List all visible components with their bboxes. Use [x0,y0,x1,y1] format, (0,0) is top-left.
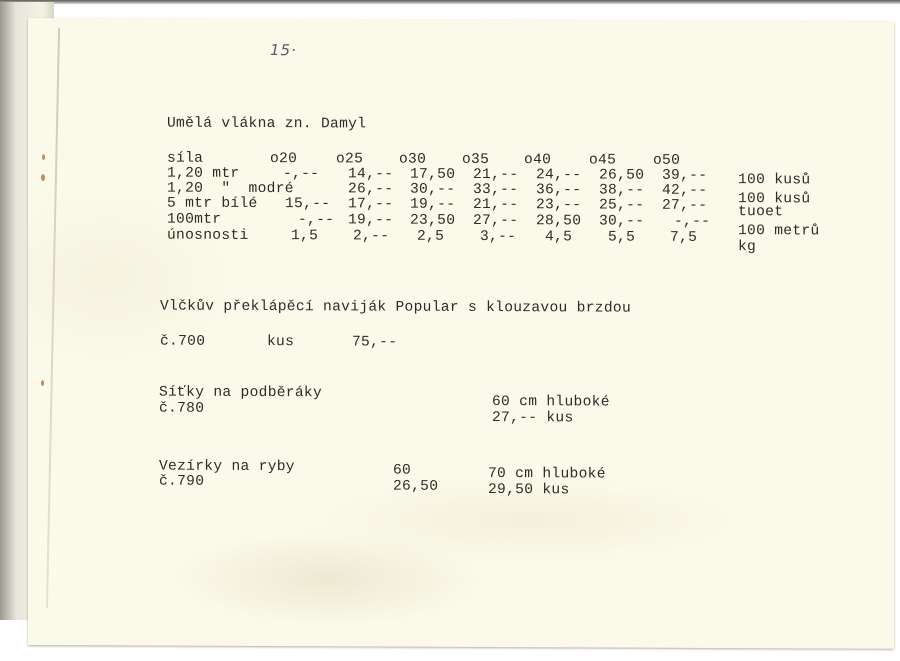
price-cell: 15,-- [285,196,330,213]
unit-cell: 100 kusů [738,172,810,189]
strength-cell: 4,5 [545,229,572,246]
price-cell: 23,50 [410,213,455,230]
page-fold [46,28,60,608]
strength-cell: 3,-- [480,229,516,246]
keepnets-price-b: 29,50 kus [488,482,570,499]
price-cell: -,-- [298,212,334,229]
row-label: únosnosti [167,228,249,245]
price-cell: -,-- [674,214,710,231]
document-page: 15· Umělá vlákna zn. Damyl síla o20 o25 … [28,18,894,649]
reel-code: č.700 [160,334,205,351]
table-row: únosnosti 1,5 2,-- 2,5 3,-- 4,5 5,5 7,5 … [167,228,221,245]
price-cell: 27,-- [662,198,707,215]
price-cell: 27,-- [473,213,518,230]
price-cell: 21,-- [473,197,518,214]
rust-stain [41,174,45,181]
table-row: 5 mtr bílé 15,-- 17,-- 19,-- 21,-- 23,--… [167,196,221,213]
strength-cell: 2,5 [417,229,444,246]
table-row: 100mtr -,-- 19,-- 23,50 27,-- 28,50 30,-… [167,212,221,229]
nets-price: 27,-- kus [492,410,574,427]
unit-cell: 100 metrů [738,223,820,240]
damyl-title: Umělá vlákna zn. Damyl [167,116,366,134]
handwritten-page-number: 15· [270,41,297,59]
price-cell: 19,-- [410,197,455,214]
nets-depth: 60 cm hluboké [492,394,610,412]
price-cell: 23,-- [536,197,581,214]
rust-stain [42,154,45,160]
reel-price: 75,-- [352,334,397,351]
nets-code: č.780 [159,401,204,418]
keepnets-code: č.790 [159,474,204,491]
strength-cell: 1,5 [291,228,318,245]
reel-unit: kus [267,334,294,351]
unit-cell: tuoet [738,204,783,221]
price-cell: 30,-- [599,213,644,230]
keepnets-size-b: 70 cm hluboké [488,466,606,484]
scan-top-edge [0,0,900,4]
nets-title: Síťky na podběráky [159,385,322,403]
strength-cell: 5,5 [608,230,635,247]
price-cell: 25,-- [599,197,644,214]
price-cell: 19,-- [348,212,393,229]
reel-title: Vlčkův překlápěcí naviják Popular s klou… [160,299,631,318]
damyl-price-table: síla o20 o25 o30 o35 o40 o45 o50 1,20 mt… [167,151,867,264]
price-cell: 17,-- [348,196,393,213]
keepnets-size-a: 60 [393,463,411,480]
row-label: 100mtr [167,212,221,229]
keepnets-price-a: 26,50 [393,479,438,496]
strength-cell: 2,-- [353,228,389,245]
strength-cell: 7,5 [670,230,697,247]
unit-cell: kg [738,239,756,256]
rust-stain [41,380,44,386]
price-cell: 28,50 [536,213,581,230]
row-label: 5 mtr bílé [167,196,258,213]
